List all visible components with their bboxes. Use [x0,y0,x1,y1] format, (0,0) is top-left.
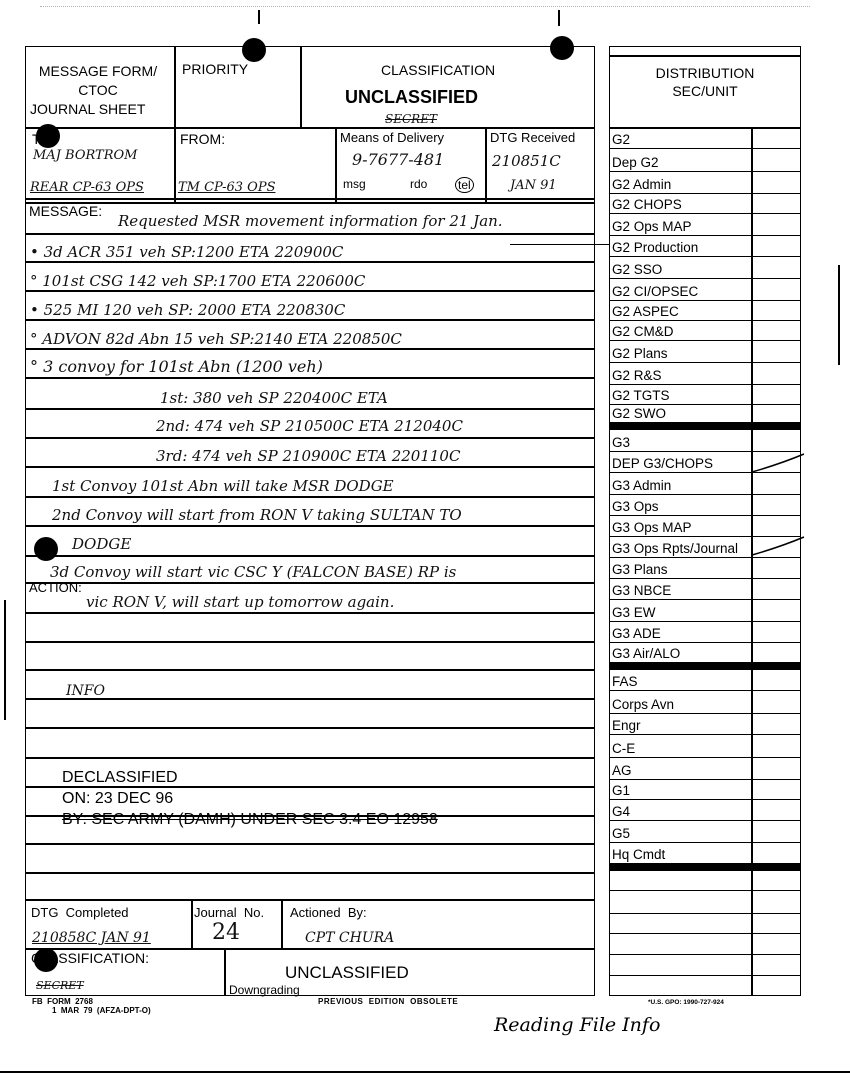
handwritten-stroke [510,244,610,245]
dist-row-g2-admin[interactable]: G2 Admin [609,172,801,194]
dist-row-g4[interactable]: G4 [609,800,801,821]
dist-row-g2-rs[interactable]: G2 R&S [609,363,801,385]
dist-row-g2-production[interactable]: G2 Production [609,236,801,257]
scan-mark [258,10,260,24]
dist-row-g2-ops-map[interactable]: G2 Ops MAP [609,214,801,236]
dist-row-blank[interactable] [609,934,801,955]
dtg-received-value: 210851C [492,152,561,170]
actioned-by-label: Actioned By: [290,905,367,920]
divider [191,899,193,949]
priority-label: PRIORITY [182,61,248,77]
dist-row-hq-cmdt[interactable]: Hq Cmdt [609,843,801,863]
dist-row-blank[interactable] [609,871,801,891]
form-number: FB FORM 2768 1 MAR 79 (AFZA-DPT-O) [32,997,151,1015]
message-line: DODGE [72,535,131,553]
dist-row-g3-nbce[interactable]: G3 NBCE [609,579,801,600]
message-line: 3rd: 474 veh SP 210900C ETA 220110C [156,447,460,465]
divider [25,202,595,204]
dist-row-g3-ops-map[interactable]: G3 Ops MAP [609,516,801,537]
check-mark-icon [750,452,806,474]
dist-row-g3-plans[interactable]: G3 Plans [609,558,801,579]
distribution-header: DISTRIBUTION SEC/UNIT [609,64,801,100]
form-number-text: FB FORM 2768 [32,997,151,1006]
dist-row-g3-ew[interactable]: G3 EW [609,600,801,622]
dtg-completed-value: 210858C JAN 91 [32,930,151,946]
footer-classification-value: UNCLASSIFIED [285,963,409,983]
divider [335,127,337,202]
declass-authority: BY: SEC ARMY (DAMH) UNDER SEC 3.4 EO 129… [62,809,438,830]
footer-classification-struck: SECRET [36,979,84,992]
dist-row-g3-air-alo[interactable]: G3 Air/ALO [609,643,801,662]
message-line: • 525 MI 120 veh SP: 2000 ETA 220830C [30,301,345,319]
scan-mark [4,600,6,720]
dist-row-g3-admin[interactable]: G3 Admin [609,473,801,495]
divider [25,198,595,200]
action-label: ACTION: [29,580,82,595]
dist-row-blank[interactable] [609,976,801,996]
dist-row-g2[interactable]: G2 [609,128,801,149]
divider [174,46,176,202]
message-line: ° ADVON 82d Abn 15 veh SP:2140 ETA 22085… [30,330,402,348]
divider [300,46,302,128]
punch-hole [34,537,58,561]
dist-row-g2-plans[interactable]: G2 Plans [609,341,801,363]
dist-row-dep-g2[interactable]: Dep G2 [609,149,801,172]
from-label: FROM: [180,131,225,147]
dist-row-ag[interactable]: AG [609,758,801,780]
message-line: • 3d ACR 351 veh SP:1200 ETA 220900C [30,243,343,261]
form-title: MESSAGE FORM/ CTOC JOURNAL SHEET [33,62,163,119]
dist-row-blank[interactable] [609,914,801,934]
section-separator [609,662,801,670]
dist-row-g1[interactable]: G1 [609,780,801,800]
punch-hole [36,124,60,148]
message-line: ° 101st CSG 142 veh SP:1700 ETA 220600C [30,272,365,290]
classification-value: UNCLASSIFIED [345,87,478,108]
gpo-note: *U.S. GPO: 1990-727-924 [648,999,724,1006]
classification-struck: SECRET [385,112,437,126]
distribution-title: DISTRIBUTION [609,64,801,82]
to-office: REAR CP-63 OPS [30,180,144,195]
punch-hole [34,948,58,972]
dist-row-g2-swo[interactable]: G2 SWO [609,405,801,422]
scan-noise-header [40,6,810,15]
scan-mark [558,10,560,26]
reading-file-note: Reading File Info [494,1014,660,1036]
dist-row-fas[interactable]: FAS [609,670,801,691]
action-info: INFO [66,683,105,699]
means-rdo[interactable]: rdo [410,177,427,191]
dist-row-c-e[interactable]: C-E [609,735,801,758]
means-of-delivery-value: 9-7677-481 [352,150,444,169]
message-line: Requested MSR movement information for 2… [118,212,503,230]
punch-hole [242,38,266,62]
divider [485,127,487,202]
means-msg[interactable]: msg [343,177,366,191]
dist-row-blank[interactable] [609,891,801,914]
dist-row-g3[interactable]: G3 [609,430,801,452]
means-options: msg rdo tel [343,177,483,191]
check-mark-icon [750,535,806,557]
divider [224,948,226,996]
scan-mark [838,265,840,365]
message-line: 2nd: 474 veh SP 210500C ETA 212040C [156,417,463,435]
message-line: 1st: 380 veh SP 220400C ETA [160,389,388,407]
form-title-line: CTOC [33,81,163,100]
dist-row-g2-chops[interactable]: G2 CHOPS [609,194,801,214]
dist-row-corps-avn[interactable]: Corps Avn [609,691,801,714]
declass-line: DECLASSIFIED [62,767,438,788]
dist-row-g2-sso[interactable]: G2 SSO [609,257,801,279]
message-label: MESSAGE: [29,203,102,219]
classification-label: CLASSIFICATION [381,62,495,78]
message-line: ° 3 convoy for 101st Abn (1200 veh) [30,357,323,376]
form-title-line: JOURNAL SHEET [30,100,163,119]
means-of-delivery-label: Means of Delivery [340,130,444,145]
dist-row-engr[interactable]: Engr [609,714,801,735]
dist-row-blank[interactable] [609,955,801,976]
dist-row-g5[interactable]: G5 [609,821,801,843]
dist-row-g2-tgts[interactable]: G2 TGTS [609,385,801,405]
dtg-received-label: DTG Received [490,130,575,145]
dist-row-g2-ci-opsec[interactable]: G2 CI/OPSEC [609,279,801,301]
dist-row-g3-ade[interactable]: G3 ADE [609,622,801,643]
journal-no-label: Journal No. [194,905,264,920]
message-line: 3d Convoy will start vic CSC Y (FALCON B… [50,563,456,581]
punch-hole [550,36,574,60]
divider [281,899,283,949]
from-value: TM CP-63 OPS [178,180,275,195]
dist-row-g2-cmd[interactable]: G2 CM&D [609,321,801,341]
means-tel-selected[interactable]: tel [455,177,474,193]
distribution-subtitle: SEC/UNIT [609,82,801,100]
declass-date: ON: 23 DEC 96 [62,788,438,809]
actioned-by-value: CPT CHURA [305,930,394,946]
downgrading-label: Downgrading [229,983,300,997]
message-line: 2nd Convoy will start from RON V taking … [52,506,462,524]
dist-row-g2-aspec[interactable]: G2 ASPEC [609,301,801,321]
dtg-completed-label: DTG Completed [31,905,129,920]
previous-edition-note: PREVIOUS EDITION OBSOLETE [318,997,458,1006]
journal-no-value: 24 [212,920,240,945]
message-line: vic RON V, will start up tomorrow again. [86,593,394,611]
message-line: 1st Convoy 101st Abn will take MSR DODGE [52,477,394,495]
declassification-stamp: DECLASSIFIED ON: 23 DEC 96 BY: SEC ARMY … [62,767,438,830]
form-date-text: 1 MAR 79 (AFZA-DPT-O) [52,1006,151,1015]
section-separator [609,863,801,871]
to-value: MAJ BORTROM [33,148,137,163]
dtg-received-date: JAN 91 [510,178,557,193]
bottom-edge [0,1071,850,1073]
form-title-line: MESSAGE FORM/ [33,62,163,81]
section-separator [609,422,801,430]
dist-row-g3-ops[interactable]: G3 Ops [609,495,801,516]
divider [25,127,595,129]
divider [609,55,801,57]
